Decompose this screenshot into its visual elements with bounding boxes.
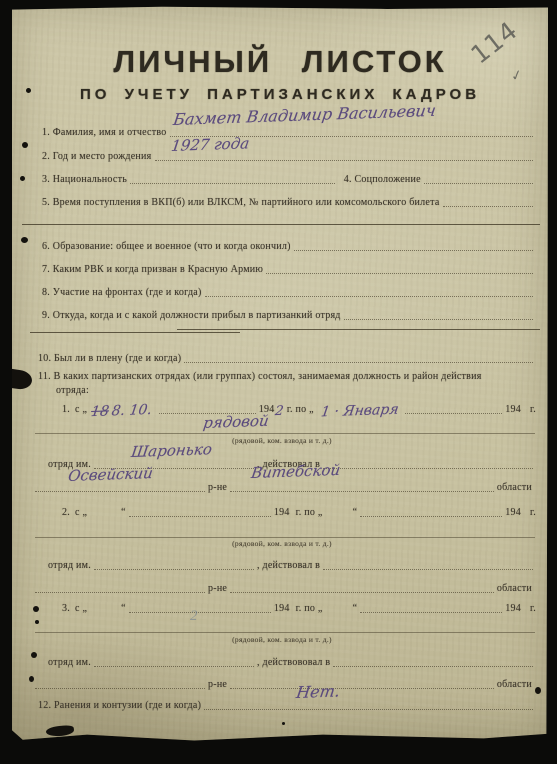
region-label: области (497, 679, 532, 690)
quote-mark: “ (121, 603, 126, 614)
field-line-arrival (344, 317, 533, 320)
acted-line (333, 664, 533, 667)
district-label: р-не (208, 482, 227, 493)
continuation-line (30, 332, 240, 333)
punch-hole (33, 606, 39, 612)
punch-hole (31, 652, 37, 658)
field-row-education: 6. Образование: общее и военное (что и к… (42, 241, 536, 252)
service-block-1-rank-line (32, 431, 538, 435)
punch-hole (21, 237, 28, 243)
field-line-party (443, 204, 533, 207)
year-suffix: г. (530, 404, 536, 415)
field-label-units-heading: 11. В каких партизанских отрядах (или гр… (38, 370, 538, 384)
year-from-printed: 194 (274, 603, 290, 614)
field-label-fronts: 8. Участие на фронтах (где и когда) (42, 287, 202, 298)
punch-hole (535, 687, 541, 694)
field-row-wounds: 12. Ранения и контузии (где и когда) (38, 700, 536, 711)
region-label: области (497, 583, 532, 594)
acted-line (323, 567, 533, 570)
acted-label: , действововал в (257, 657, 330, 668)
punch-hole (22, 142, 28, 148)
rank-line (35, 535, 535, 538)
punch-hole (20, 176, 25, 181)
service-block-1-district: р-не области (32, 482, 532, 493)
service-block-3-rank-line (32, 630, 538, 634)
field-row-captivity: 10. Был ли в плену (где и когда) (38, 353, 536, 364)
year-suffix: г. (530, 603, 536, 614)
rank-line (35, 431, 535, 434)
field-line-social-position (424, 181, 533, 184)
service-block-3-unit: отряд им. , действововал в (48, 657, 536, 668)
field-line-rvk (266, 271, 533, 274)
field-line-captivity (184, 360, 533, 363)
date-from-label: с „ (75, 404, 87, 415)
field-row-arrival: 9. Откуда, когда и с какой должности при… (42, 310, 536, 321)
field-label-arrival: 9. Откуда, когда и с какой должности при… (42, 310, 341, 321)
handwritten-year-digit: 2 (274, 406, 284, 417)
date-to-label: г. по „ (296, 603, 323, 614)
field-label-nationality: 3. Национальность (42, 174, 127, 185)
block-number: 3. (62, 603, 70, 614)
continuation-line (177, 329, 540, 330)
field-row-surname: 1. Фамилия, имя и отчество (42, 127, 536, 138)
form-subtitle: ПО УЧЕТУ ПАРТИЗАНСКИХ КАДРОВ (12, 86, 548, 103)
service-block-1-dates: 1. с „ 18 8. 10. 194 2 г. по „ 1 · Январ… (62, 404, 536, 415)
tear-mark (46, 725, 75, 738)
field-line-fronts (205, 294, 533, 297)
field-label-party: 5. Время поступления в ВКП(б) или ВЛКСМ,… (42, 197, 440, 208)
punch-hole (282, 722, 285, 725)
field-label-rvk: 7. Каким РВК и когда призван в Красную А… (42, 264, 263, 275)
year-to-printed: 194 (505, 603, 521, 614)
quote-mark: “ (353, 603, 358, 614)
region-line (230, 686, 494, 689)
district-line (35, 590, 205, 593)
acted-label: , действовал в (257, 560, 320, 571)
punch-hole (35, 620, 39, 624)
handwritten-date-to: 1 · Января (320, 404, 399, 418)
district-label: р-не (208, 679, 227, 690)
field-label-birth: 2. Год и место рождения (42, 151, 152, 162)
punch-hole (29, 676, 34, 682)
date-to-line (405, 411, 502, 414)
field-label-surname: 1. Фамилия, имя и отчество (42, 127, 167, 138)
date-to-line (360, 610, 502, 613)
field-label-education: 6. Образование: общее и военное (что и к… (42, 241, 291, 252)
rank-line (35, 630, 535, 633)
region-line (230, 489, 494, 492)
field-label-units-heading2: отряда: (56, 384, 89, 398)
date-to-line (360, 514, 502, 517)
region-label: области (497, 482, 532, 493)
field-row-birth: 2. Год и место рождения (42, 151, 536, 162)
date-from-line (129, 514, 271, 517)
rank-caption: (рядовой, ком. взвода и т. д.) (162, 635, 402, 644)
unit-label: отряд им. (48, 657, 91, 668)
handwritten-wounds-answer: Нет. (295, 681, 341, 702)
field-line-birth (155, 158, 534, 161)
unit-line (94, 567, 254, 570)
unit-label: отряд им. (48, 560, 91, 571)
block-number: 1. (62, 404, 70, 415)
date-from-line (129, 610, 271, 613)
handwritten-date-from: 18 8. 10. (90, 405, 152, 418)
service-block-2-unit: отряд им. , действовал в (48, 560, 536, 571)
date-from-label: с „ (75, 603, 87, 614)
field-line-education (294, 248, 533, 251)
district-line (35, 686, 205, 689)
service-block-2-district: р-не области (32, 583, 532, 594)
handwritten-rank: рядовой (202, 412, 270, 432)
handwritten-full-name: Бахмет Владимир Васильевич (172, 101, 437, 129)
document-page: 114 ✓ ЛИЧНЫЙ ЛИСТОК ПО УЧЕТУ ПАРТИЗАНСКИ… (12, 6, 548, 742)
service-block-2-dates: 2. с „ “ 194 г. по „ “ 194 г. (62, 507, 536, 518)
field-row-fronts: 8. Участие на фронтах (где и когда) (42, 287, 536, 298)
year-to-printed: 194 (505, 507, 521, 518)
continuation-line (22, 224, 540, 225)
rank-caption: (рядовой, ком. взвода и т. д.) (162, 539, 402, 548)
year-suffix: г. (530, 507, 536, 518)
district-label: р-не (208, 583, 227, 594)
field-row-party: 5. Время поступления в ВКП(б) или ВЛКСМ,… (42, 197, 536, 208)
handwritten-region: Витебской (250, 461, 341, 482)
district-line (35, 489, 205, 492)
quote-mark: “ (121, 507, 126, 518)
unit-line (94, 664, 254, 667)
date-from-label: с „ (75, 507, 87, 518)
handwritten-birth-year: 1927 года (170, 134, 251, 155)
block-number: 2. (62, 507, 70, 518)
punch-hole (26, 88, 31, 93)
handwritten-unit-name: Шаронько (130, 440, 213, 461)
field-row-rvk: 7. Каким РВК и когда призван в Красную А… (42, 264, 536, 275)
field-label-captivity: 10. Был ли в плену (где и когда) (38, 353, 181, 364)
field-label-wounds: 12. Ранения и контузии (где и когда) (38, 700, 201, 711)
quote-mark: “ (353, 507, 358, 518)
service-block-3-district: р-не области (32, 679, 532, 690)
field-row-nationality-social: 3. Национальность 4. Соцположение (42, 174, 536, 185)
field-label-social-position: 4. Соцположение (344, 174, 421, 185)
date-to-label: г. по „ (287, 404, 314, 415)
acted-line (323, 466, 533, 469)
date-to-label: г. по „ (296, 507, 323, 518)
form-title: ЛИЧНЫЙ ЛИСТОК (12, 44, 548, 80)
ink-blob (5, 368, 33, 390)
scan-background: 114 ✓ ЛИЧНЫЙ ЛИСТОК ПО УЧЕТУ ПАРТИЗАНСКИ… (0, 0, 557, 764)
faint-pencil-mark: 2 (190, 608, 198, 625)
crossed-day: 18 (90, 403, 110, 420)
year-to-printed: 194 (505, 404, 521, 415)
field-line-nationality (130, 181, 335, 184)
date-from-value: 8. 10. (111, 402, 153, 419)
region-line (230, 590, 494, 593)
year-from-printed: 194 (274, 507, 290, 518)
field-line-wounds (204, 707, 533, 710)
handwritten-district: Освейский (67, 464, 154, 485)
service-block-3-dates: 3. с „ “ 194 г. по „ “ 194 г. (62, 603, 536, 614)
